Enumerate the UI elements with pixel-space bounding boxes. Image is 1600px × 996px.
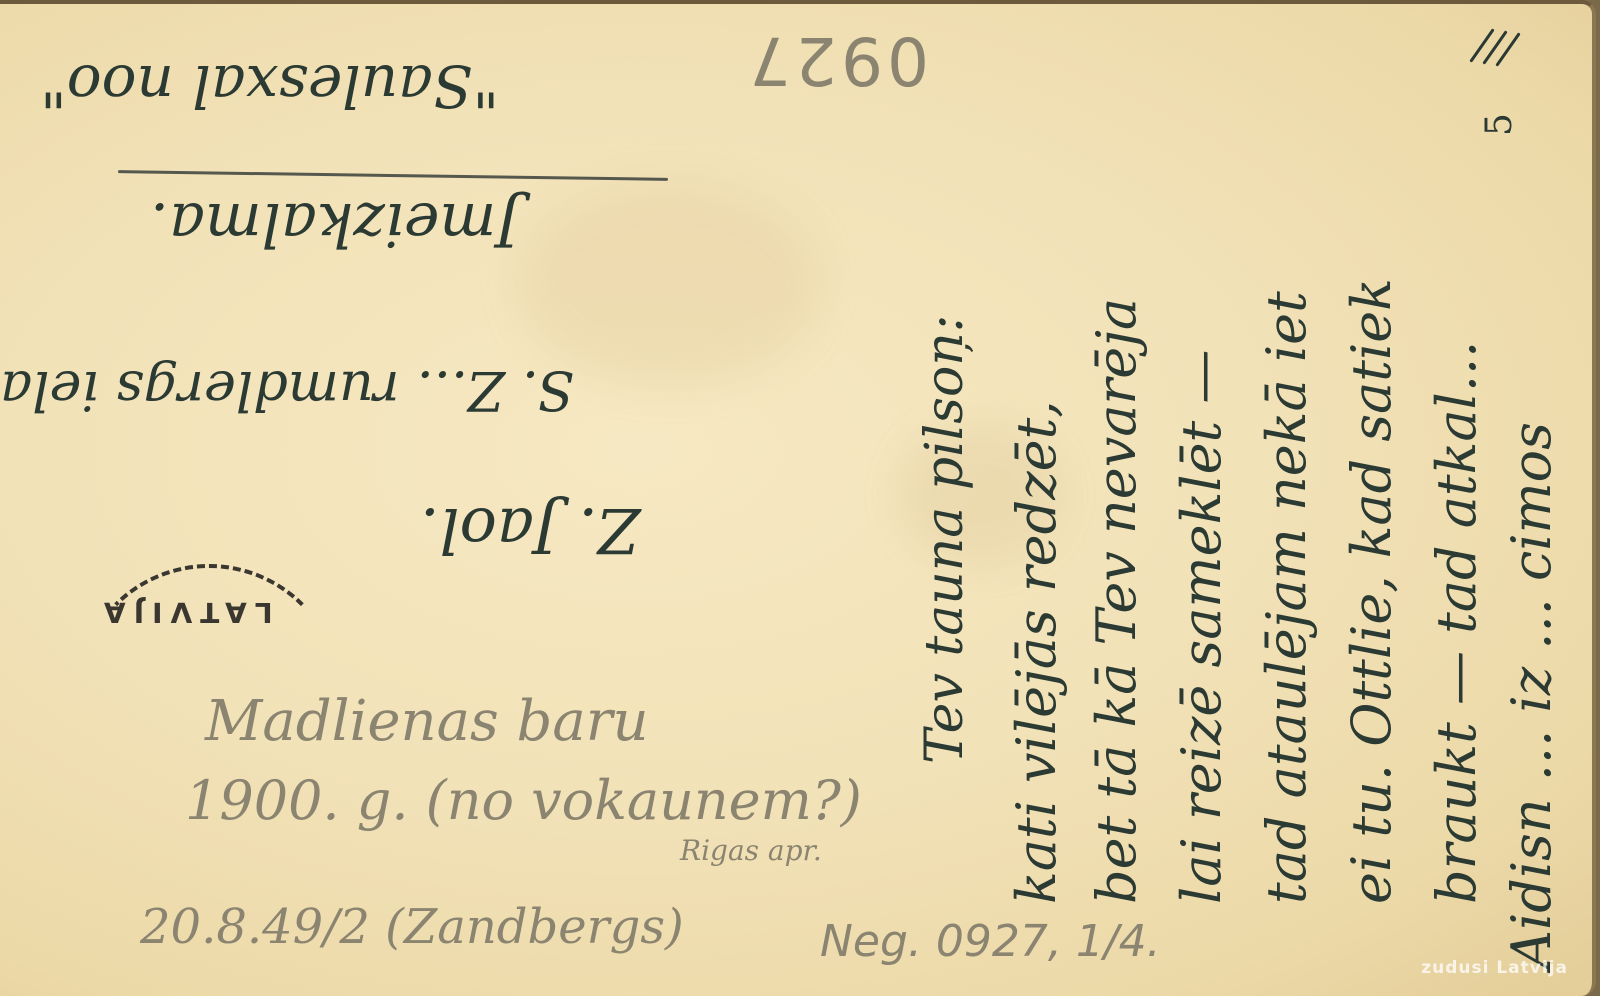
corner-mark: 5 [1479, 113, 1520, 136]
corner-stroke [1469, 28, 1494, 62]
annotation-date-donor: 20.8.49/2 (Zandbergs) [140, 899, 684, 955]
postmark-text: LATVIJA [96, 596, 273, 629]
upside-down-line-3: S. Z... rumdlergs iela [0, 359, 574, 422]
message-line-6: ei tu. Ottlie, kad satiek [1340, 278, 1403, 904]
message-line-8: Aidisn ... iz ... cimos [1500, 422, 1563, 969]
watermark: zudusi Latvija [1421, 958, 1568, 978]
postcard-back: 0927 "Saulesxal noo" Jmeizkalma. S. Z...… [0, 0, 1596, 996]
message-line-3: bet tā kā Tev nevarēja [1085, 298, 1148, 904]
message-line-4: lai reizē sameklēt — [1170, 350, 1233, 904]
message-line-2: kati vilējās redzēt, [1005, 401, 1068, 904]
message-line-5: tad ataulējam nekā iet [1255, 291, 1318, 904]
annotation-place: Madlienas baru [205, 689, 649, 754]
annotation-year: 1900. g. (no vokaunem?) [185, 769, 862, 832]
underline-rule [118, 170, 668, 181]
paper-stain [520, 184, 820, 384]
upside-down-line-1: "Saulesxal noo" [40, 52, 499, 120]
message-line-7: braukt — tad atkal... [1425, 341, 1488, 904]
upside-down-line-4: Z. Jaol. [420, 494, 640, 567]
upside-down-line-2: Jmeizkalma. [150, 189, 520, 259]
message-line-1: Tev tauna pilsoņ: [915, 315, 975, 764]
annotation-region: Rigas apr. [680, 834, 822, 867]
negative-number: Neg. 0927, 1/4. [820, 916, 1161, 967]
catalog-number-top: 0927 [745, 22, 929, 99]
